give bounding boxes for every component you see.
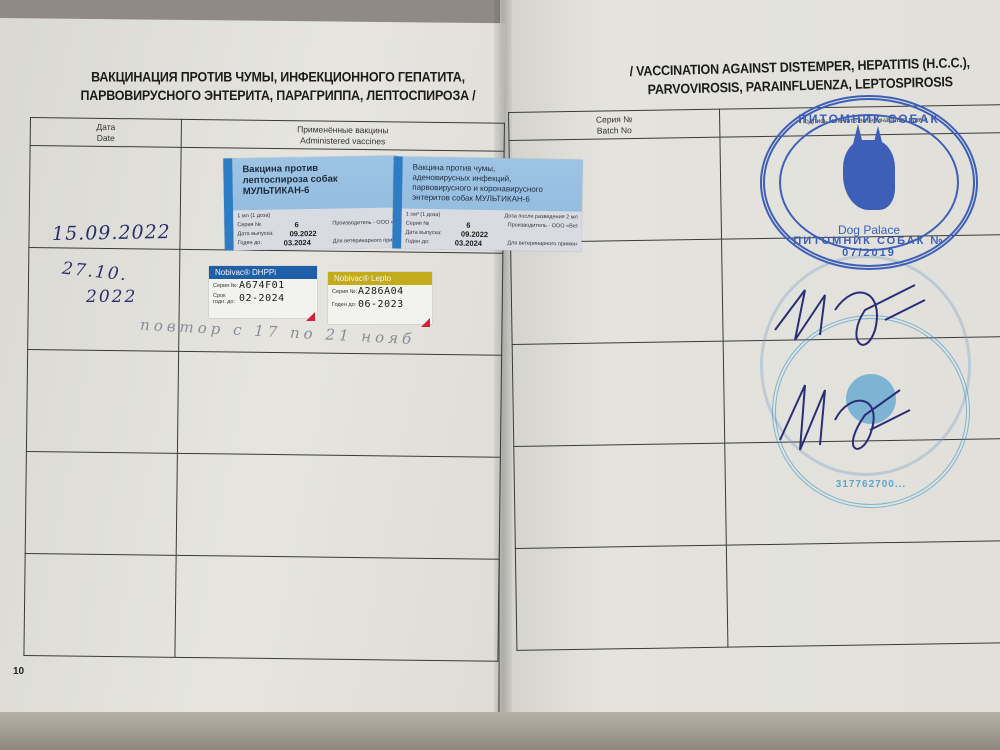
issued-label: Дата выпуска:	[237, 230, 273, 240]
sticker-title-line: МУЛЬТИКАН-6	[243, 184, 390, 198]
series-value: 6	[466, 221, 470, 230]
series-label: Серия №:	[213, 283, 239, 289]
kennel-stamp: ПИТОМНИК СОБАК Dog Palace ПИТОМНИК СОБАК…	[760, 95, 978, 270]
expires-value: 03.2024	[284, 238, 311, 247]
sticker-brand: Nobivac® Lepto	[328, 272, 432, 285]
vaccine-sticker-multikan-lepto: Вакцина против лептоспироза собак МУЛЬТИ…	[223, 155, 399, 250]
sticker-brand: Nobivac® DHPPi	[209, 266, 317, 279]
series-label: Серия №:	[332, 289, 358, 295]
expires-label: Годен до:	[405, 238, 429, 247]
vaccine-sticker-multikan-6: Вакцина против чумы, аденовирусных инфек…	[392, 156, 583, 251]
red-corner-mark	[306, 312, 315, 321]
header-date-en: Date	[31, 132, 181, 145]
sticker-title: Вакцина против лептоспироза собак МУЛЬТИ…	[232, 155, 398, 197]
expires-value: 02-2024	[239, 293, 285, 304]
series-label: Серия №	[237, 221, 261, 230]
table-row	[25, 451, 500, 559]
sticker-details: 1 см³ (1 доза)Доза после разведения 2 мл…	[401, 209, 582, 252]
sticker-dose: 1 мл (1 доза)	[237, 212, 270, 222]
usage-note: Для ветеринарного применения	[333, 237, 395, 247]
title-russian: ВАКЦИНАЦИЯ ПРОТИВ ЧУМЫ, ИНФЕКЦИОННОГО ГЕ…	[68, 68, 488, 105]
sticker-title-line: энтеритов собак МУЛЬТИКАН-6	[412, 193, 574, 206]
vaccine-sticker-nobivac-lepto: Nobivac® Lepto Серия №:A286A04 Годен до:…	[328, 272, 432, 324]
column-header-batch: Серия № Batch No	[509, 109, 720, 140]
sticker-title: Вакцина против чумы, аденовирусных инфек…	[402, 157, 583, 206]
vet-stamp-number: 317762700...	[776, 479, 966, 490]
kennel-stamp-top-text: ПИТОМНИК СОБАК	[765, 112, 973, 126]
table-row	[24, 553, 499, 661]
signature-2	[770, 370, 920, 470]
expires-value: 03.2024	[455, 238, 482, 247]
page-number: 10	[13, 666, 24, 677]
expires-label: Годен до:	[238, 239, 262, 248]
table-row	[515, 541, 1000, 651]
table-surface	[0, 712, 1000, 750]
header-batch-en: Batch No	[509, 123, 719, 137]
series-value: A286A04	[358, 286, 404, 297]
title-ru-line2: ПАРВОВИРУСНОГО ЭНТЕРИТА, ПАРАГРИППА, ЛЕП…	[68, 87, 488, 106]
kennel-stamp-bottom-text: ПИТОМНИК СОБАК № 07/2019	[765, 235, 973, 259]
issued-value: 09.2022	[461, 230, 488, 239]
column-header-date: Дата Date	[30, 118, 181, 148]
expires-label: Срок годн. до:	[213, 293, 239, 305]
title-ru-line1: ВАКЦИНАЦИЯ ПРОТИВ ЧУМЫ, ИНФЕКЦИОННОГО ГЕ…	[68, 68, 488, 87]
usage-note: Для ветеринарного применения	[507, 239, 577, 249]
red-corner-mark	[421, 318, 430, 327]
vaccine-sticker-nobivac-dhppi: Nobivac® DHPPi Серия №:A674F01 Срок годн…	[209, 266, 317, 318]
table-row	[26, 349, 501, 457]
series-value: A674F01	[239, 280, 285, 291]
issued-value: 09.2022	[289, 229, 316, 238]
entry-date-2-line2: 2022	[86, 287, 137, 307]
series-label: Серия №	[406, 220, 430, 229]
expires-label: Годен до:	[332, 302, 358, 308]
expires-value: 06-2023	[358, 299, 404, 310]
doberman-icon	[843, 140, 895, 210]
signature-1	[765, 270, 935, 370]
series-value: 6	[295, 220, 299, 229]
sticker-details: 1 мл (1 доза) Серия №6Производитель - ОО…	[233, 207, 399, 250]
column-header-vaccines: Применённые вакцины Administered vaccine…	[181, 119, 504, 151]
entry-date-1: 15.09.2022	[52, 221, 171, 245]
